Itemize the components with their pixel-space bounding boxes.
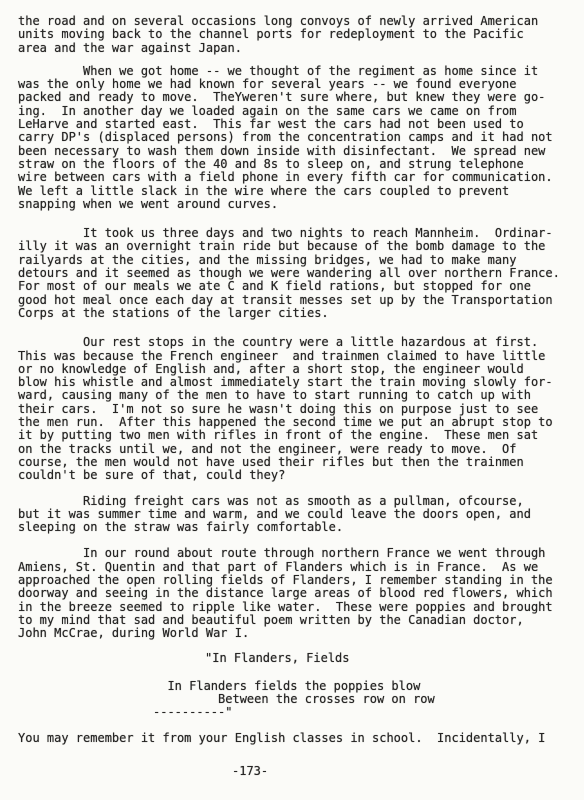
document-page: the road and on several occasions long c…	[0, 0, 584, 800]
poem-quote: In Flanders fields the poppies blow Betw…	[18, 680, 574, 720]
closing-line: You may remember it from your English cl…	[18, 732, 574, 745]
paragraph-route-through-flanders: In our round about route through norther…	[18, 547, 574, 640]
paragraph-rest-stops: Our rest stops in the country were a lit…	[18, 336, 574, 482]
page-number: -173-	[18, 765, 574, 778]
poem-title: "In Flanders, Fields	[18, 652, 574, 665]
paragraph-road-convoys: the road and on several occasions long c…	[18, 15, 574, 55]
paragraph-when-we-got-home: When we got home -- we thought of the re…	[18, 65, 574, 211]
paragraph-three-days-to-mannheim: It took us three days and two nights to …	[18, 227, 574, 320]
paragraph-riding-freight-cars: Riding freight cars was not as smooth as…	[18, 495, 574, 535]
